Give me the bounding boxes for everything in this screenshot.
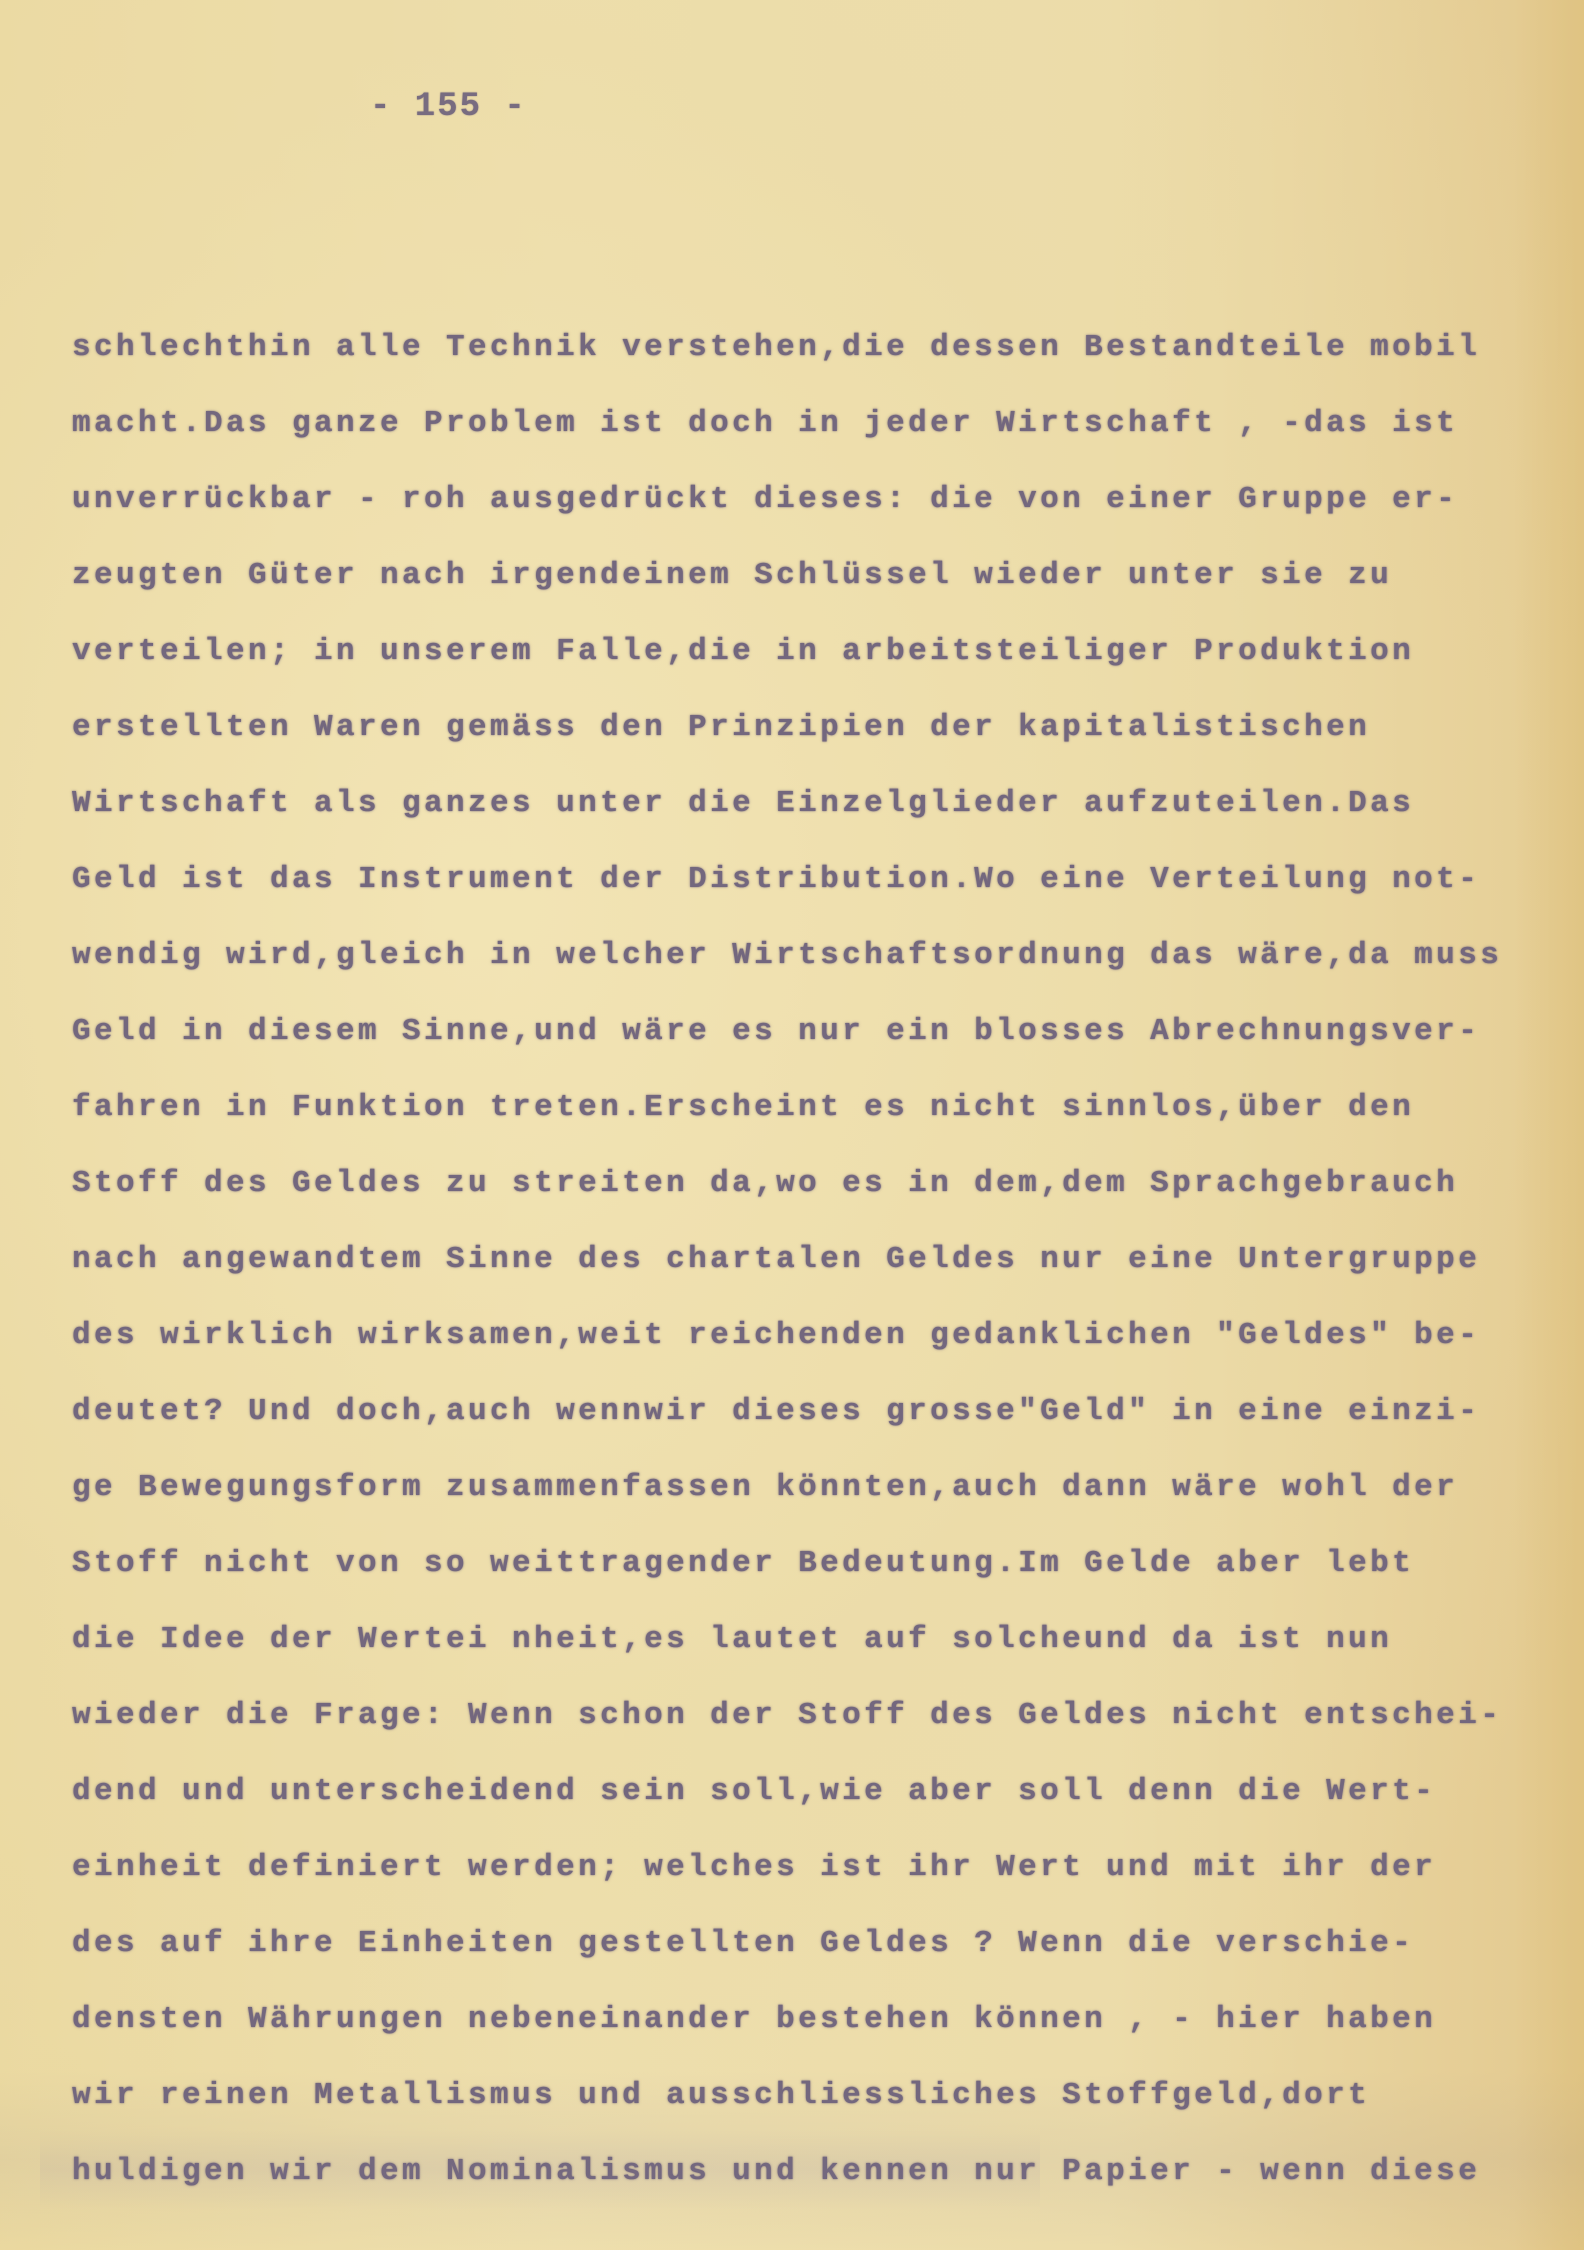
text-line: schlechthin alle Technik verstehen,die d… [72, 310, 1552, 386]
text-line: wendig wird,gleich in welcher Wirtschaft… [72, 918, 1552, 994]
page-number: - 155 - [370, 88, 527, 126]
text-line: einheit definiert werden; welches ist ih… [72, 1830, 1552, 1906]
text-line: densten Währungen nebeneinander bestehen… [72, 1982, 1552, 2058]
text-line: deutet? Und doch,auch wennwir dieses gro… [72, 1374, 1552, 1450]
text-line: zeugten Güter nach irgendeinem Schlüssel… [72, 538, 1552, 614]
text-line: ge Bewegungsform zusammenfassen könnten,… [72, 1450, 1552, 1526]
text-line: huldigen wir dem Nominalismus und kennen… [72, 2134, 1552, 2210]
typewritten-page: - 155 - schlechthin alle Technik versteh… [0, 0, 1584, 2250]
text-line: fahren in Funktion treten.Erscheint es n… [72, 1070, 1552, 1146]
text-line: Geld ist das Instrument der Distribution… [72, 842, 1552, 918]
text-line: erstellten Waren gemäss den Prinzipien d… [72, 690, 1552, 766]
text-line: wieder die Frage: Wenn schon der Stoff d… [72, 1678, 1552, 1754]
text-line: unverrückbar - roh ausgedrückt dieses: d… [72, 462, 1552, 538]
text-line: Geld in diesem Sinne,und wäre es nur ein… [72, 994, 1552, 1070]
text-line: Stoff nicht von so weittragender Bedeutu… [72, 1526, 1552, 1602]
text-line: des wirklich wirksamen,weit reichenden g… [72, 1298, 1552, 1374]
text-line: verteilen; in unserem Falle,die in arbei… [72, 614, 1552, 690]
text-line: Wirtschaft als ganzes unter die Einzelgl… [72, 766, 1552, 842]
text-line: nach angewandtem Sinne des chartalen Gel… [72, 1222, 1552, 1298]
text-line: wir reinen Metallismus und ausschliessli… [72, 2058, 1552, 2134]
text-line: dend und unterscheidend sein soll,wie ab… [72, 1754, 1552, 1830]
text-line: macht.Das ganze Problem ist doch in jede… [72, 386, 1552, 462]
text-line: Stoff des Geldes zu streiten da,wo es in… [72, 1146, 1552, 1222]
text-line: die Idee der Wertei nheit,es lautet auf … [72, 1602, 1552, 1678]
body-text: schlechthin alle Technik verstehen,die d… [72, 310, 1552, 2210]
text-line: des auf ihre Einheiten gestellten Geldes… [72, 1906, 1552, 1982]
